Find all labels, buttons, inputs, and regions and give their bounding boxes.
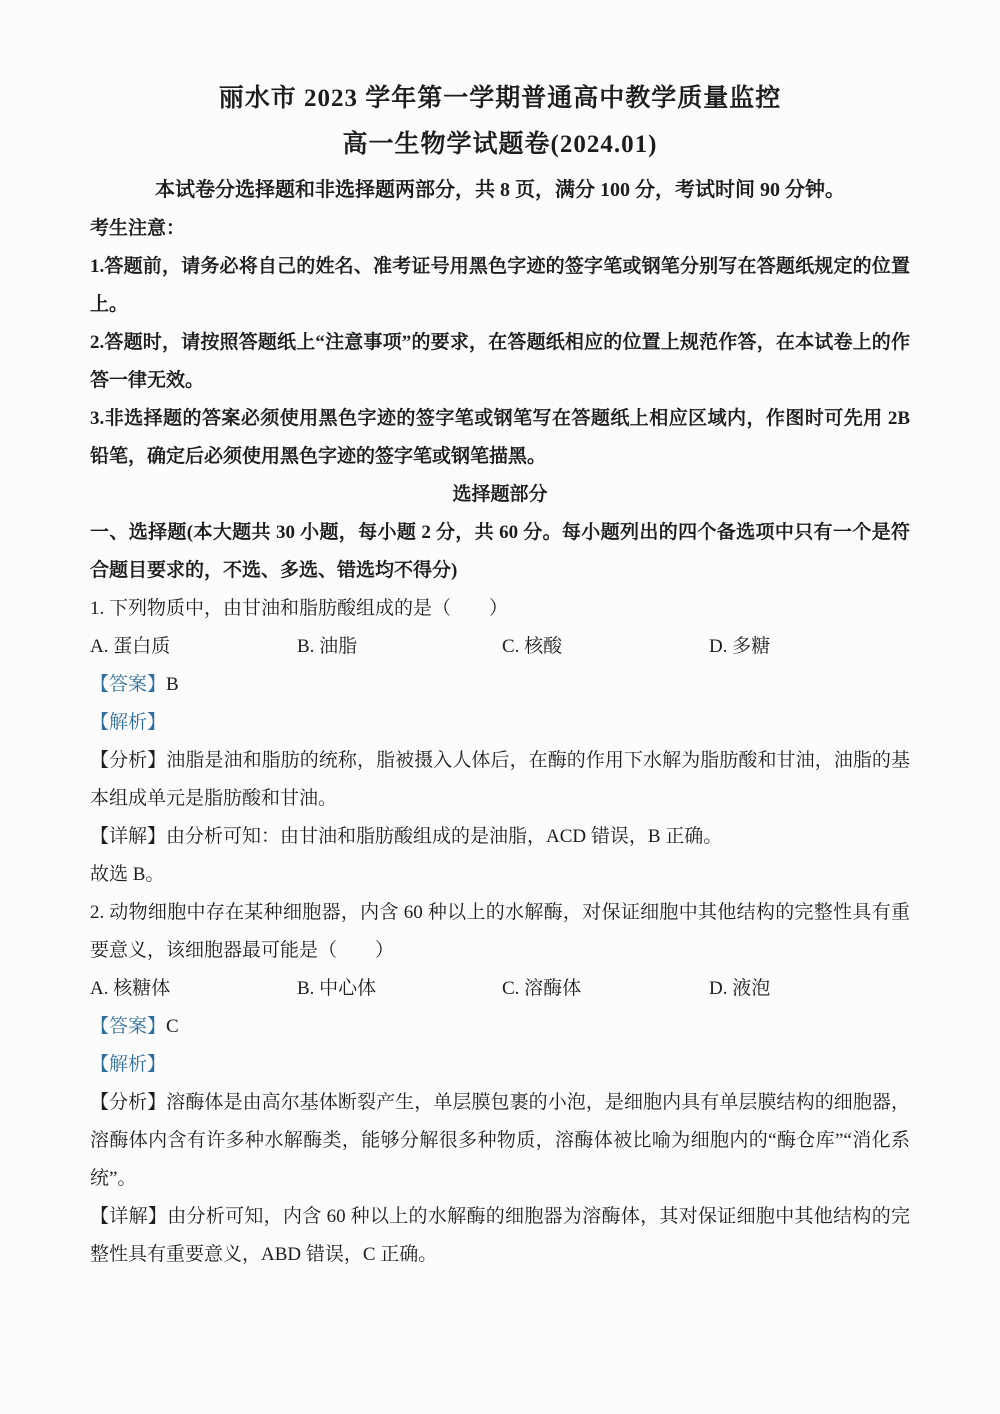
question-2-analysis: 【分析】溶酶体是由高尔基体断裂产生，单层膜包裹的小泡，是细胞内具有单层膜结构的细…	[90, 1084, 910, 1198]
exam-paper-page: 丽水市 2023 学年第一学期普通高中教学质量监控 高一生物学试题卷(2024.…	[0, 0, 1000, 1414]
question-2-option-b: B. 中心体	[297, 970, 502, 1008]
notice-item-1: 1.答题前，请务必将自己的姓名、准考证号用黑色字迹的签字笔或钢笔分别写在答题纸规…	[90, 248, 910, 324]
question-1-stem: 1. 下列物质中，由甘油和脂肪酸组成的是（ ）	[90, 590, 910, 628]
question-1: 1. 下列物质中，由甘油和脂肪酸组成的是（ ） A. 蛋白质 B. 油脂 C. …	[90, 590, 910, 894]
question-2-option-d: D. 液泡	[709, 970, 910, 1008]
question-1-answer-value: B	[166, 674, 179, 695]
section-instructions: 一、选择题(本大题共 30 小题，每小题 2 分，共 60 分。每小题列出的四个…	[90, 514, 910, 590]
notice-item-2: 2.答题时，请按照答题纸上“注意事项”的要求，在答题纸相应的位置上规范作答，在本…	[90, 324, 910, 400]
question-1-analysis: 【分析】油脂是油和脂肪的统称，脂被摄入人体后，在酶的作用下水解为脂肪酸和甘油，油…	[90, 742, 910, 818]
paper-summary: 本试卷分选择题和非选择题两部分，共 8 页，满分 100 分，考试时间 90 分…	[90, 170, 910, 210]
question-1-option-b: B. 油脂	[297, 628, 502, 666]
question-1-options: A. 蛋白质 B. 油脂 C. 核酸 D. 多糖	[90, 628, 910, 666]
question-2-answer-line: 【答案】C	[90, 1008, 910, 1046]
question-2-detail: 【详解】由分析可知，内含 60 种以上的水解酶的细胞器为溶酶体，其对保证细胞中其…	[90, 1198, 910, 1274]
question-2-stem: 2. 动物细胞中存在某种细胞器，内含 60 种以上的水解酶，对保证细胞中其他结构…	[90, 894, 910, 970]
question-2-option-a: A. 核糖体	[90, 970, 297, 1008]
notice-heading: 考生注意：	[90, 210, 910, 248]
question-1-answer-line: 【答案】B	[90, 666, 910, 704]
explanation-tag: 【解析】	[90, 712, 166, 733]
question-1-explanation-tag: 【解析】	[90, 704, 910, 742]
question-1-conclusion: 故选 B。	[90, 856, 910, 894]
candidate-notice: 考生注意： 1.答题前，请务必将自己的姓名、准考证号用黑色字迹的签字笔或钢笔分别…	[90, 210, 910, 476]
paper-title: 丽水市 2023 学年第一学期普通高中教学质量监控	[90, 76, 910, 122]
question-2-option-c: C. 溶酶体	[502, 970, 709, 1008]
answer-tag: 【答案】	[90, 674, 166, 695]
section-part-title: 选择题部分	[90, 476, 910, 514]
answer-tag: 【答案】	[90, 1016, 166, 1037]
question-1-option-c: C. 核酸	[502, 628, 709, 666]
question-2-answer-value: C	[166, 1016, 179, 1037]
question-2-options: A. 核糖体 B. 中心体 C. 溶酶体 D. 液泡	[90, 970, 910, 1008]
question-2: 2. 动物细胞中存在某种细胞器，内含 60 种以上的水解酶，对保证细胞中其他结构…	[90, 894, 910, 1274]
question-2-explanation-tag: 【解析】	[90, 1046, 910, 1084]
explanation-tag: 【解析】	[90, 1054, 166, 1075]
question-1-detail: 【详解】由分析可知：由甘油和脂肪酸组成的是油脂，ACD 错误，B 正确。	[90, 818, 910, 856]
question-1-option-d: D. 多糖	[709, 628, 910, 666]
notice-item-3: 3.非选择题的答案必须使用黑色字迹的签字笔或钢笔写在答题纸上相应区域内，作图时可…	[90, 400, 910, 476]
question-1-option-a: A. 蛋白质	[90, 628, 297, 666]
paper-subtitle: 高一生物学试题卷(2024.01)	[90, 122, 910, 168]
